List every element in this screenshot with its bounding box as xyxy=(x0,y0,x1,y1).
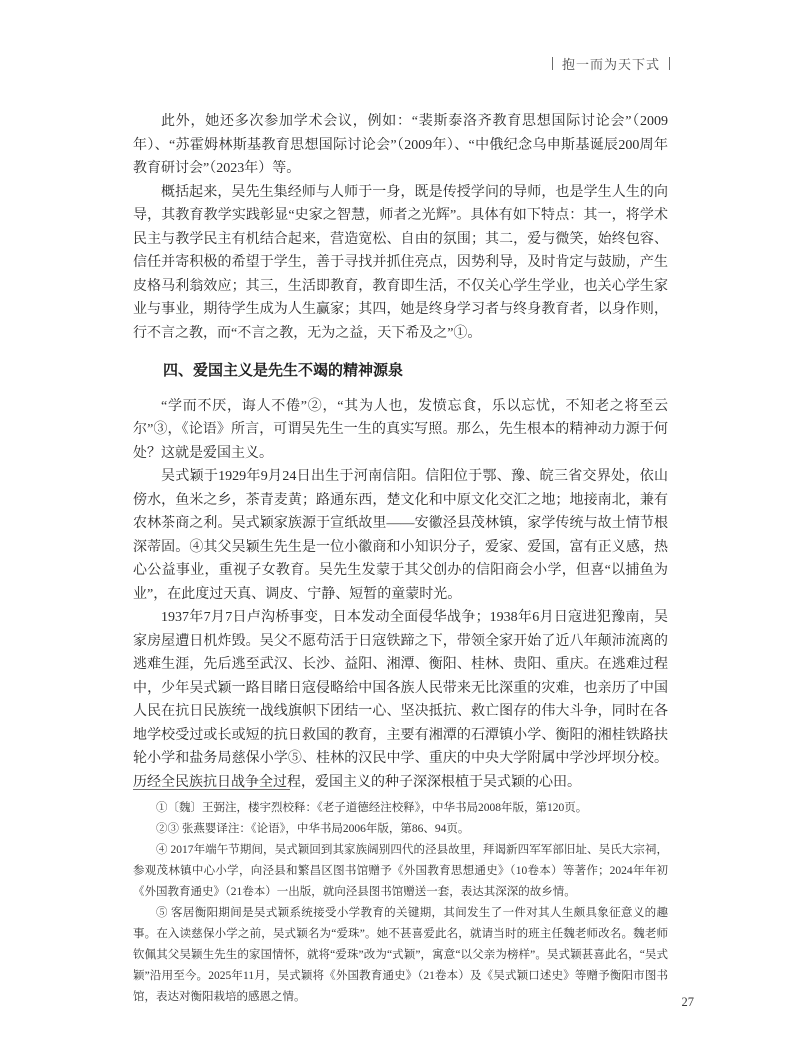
page-content: 此外，她还多次参加学术会议，例如：“裴斯泰洛齐教育思想国际讨论会”（2009年）… xyxy=(133,110,668,794)
header-divider-right-icon xyxy=(669,57,670,70)
page-number: 27 xyxy=(682,995,695,1010)
running-header-text: 抱一而为天下式 xyxy=(562,54,660,73)
book-page: 抱一而为天下式 此外，她还多次参加学术会议，例如：“裴斯泰洛齐教育思想国际讨论会… xyxy=(0,0,800,1059)
paragraph-war: 1937年7月7日卢沟桥事变，日本发动全面侵华战争；1938年6月日寇进犯豫南，… xyxy=(133,606,668,794)
footnotes-section: ①〔魏〕王弼注，楼宇烈校释：《老子道德经注校释》，中华书局2008年版，第120… xyxy=(133,789,668,1008)
section-heading: 四、爱国主义是先生不竭的精神源泉 xyxy=(133,359,668,383)
header-divider-left-icon xyxy=(552,57,553,70)
footnote-4: ④ 2017年端午节期间，吴式颖回到其家族阔别四代的泾县故里，拜谒新四军军部旧址… xyxy=(133,840,668,903)
paragraph-birth: 吴式颖于1929年9月24日出生于河南信阳。信阳位于鄂、豫、皖三省交界处，依山傍… xyxy=(133,465,668,606)
paragraph-conferences: 此外，她还多次参加学术会议，例如：“裴斯泰洛齐教育思想国际讨论会”（2009年）… xyxy=(133,110,668,181)
footnote-2-3: ②③ 张燕婴译注：《论语》，中华书局2006年版，第86、94页。 xyxy=(133,819,668,840)
paragraph-analects: “学而不厌，诲人不倦”②，“其为人也，发愤忘食，乐以忘忧，不知老之将至云尔”③，… xyxy=(133,395,668,466)
footnote-5: ⑤ 客居衡阳期间是吴式颖系统接受小学教育的关键期，其间发生了一件对其人生颇具象征… xyxy=(133,903,668,1008)
footnote-separator xyxy=(133,789,290,790)
running-header: 抱一而为天下式 xyxy=(552,54,670,73)
footnote-1: ①〔魏〕王弼注，楼宇烈校释：《老子道德经注校释》，中华书局2008年版，第120… xyxy=(133,798,668,819)
paragraph-summary: 概括起来，吴先生集经师与人师于一身，既是传授学问的导师，也是学生人生的向导，其教… xyxy=(133,181,668,346)
